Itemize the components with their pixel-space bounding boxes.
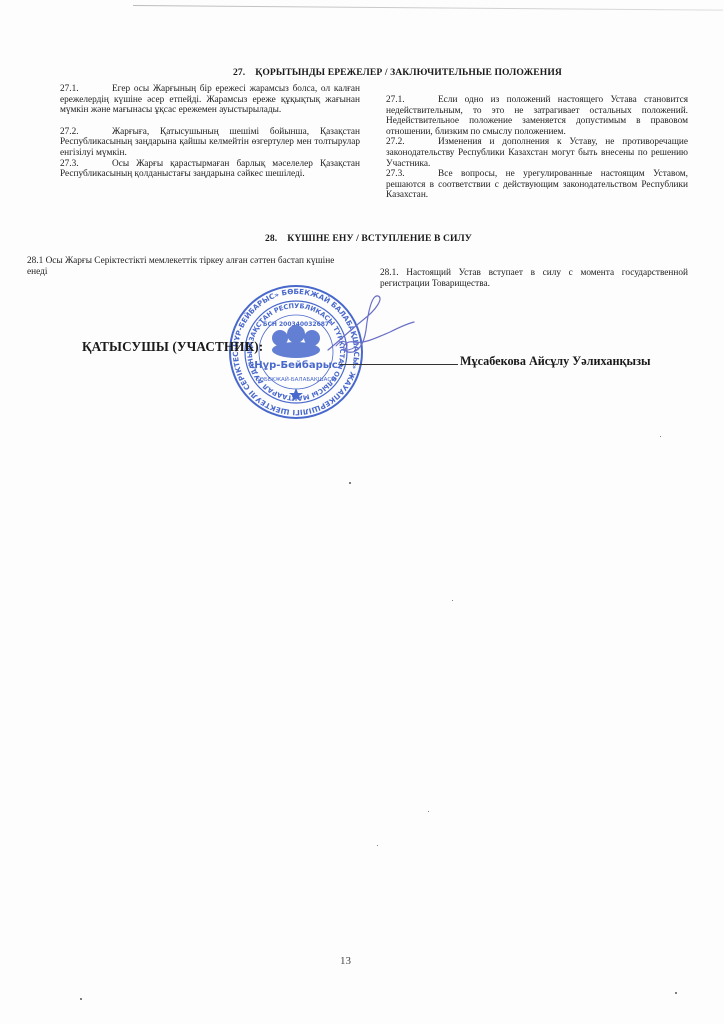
section-28-number: 28. [265, 233, 277, 244]
section-28-heading: 28.КҮШІНЕ ЕНУ / ВСТУПЛЕНИЕ В СИЛУ [265, 233, 472, 244]
handwritten-signature-icon [318, 292, 418, 362]
section-27-heading: 27.ҚОРЫТЫНДЫ ЕРЕЖЕЛЕР / ЗАКЛЮЧИТЕЛЬНЫЕ П… [233, 67, 562, 78]
section-28-title: КҮШІНЕ ЕНУ / ВСТУПЛЕНИЕ В СИЛУ [287, 233, 472, 244]
clause-27-3-kz: 27.3.Осы Жарғы қарастырмаған барлық мәсе… [60, 159, 360, 180]
section-27-russian-column: 27.1.Если одно из положений настоящего У… [386, 95, 688, 201]
page-number: 13 [340, 955, 351, 967]
scan-speck [80, 998, 82, 1000]
participant-label: ҚАТЫСУШЫ (УЧАСТНИК): [82, 339, 263, 355]
clause-27-1-ru: 27.1.Если одно из положений настоящего У… [386, 95, 688, 137]
scan-speck [377, 845, 378, 846]
section-27-title: ҚОРЫТЫНДЫ ЕРЕЖЕЛЕР / ЗАКЛЮЧИТЕЛЬНЫЕ ПОЛО… [255, 67, 562, 78]
clause-28-1-ru: 28.1. Настоящий Устав вступает в силу с … [380, 268, 688, 289]
clause-27-3-ru: 27.3.Все вопросы, не урегулированные нас… [386, 169, 688, 201]
signer-name: Мұсабекова Айсұлу Уәлиханқызы [460, 354, 650, 369]
scan-speck [428, 811, 429, 812]
signature-line [340, 364, 458, 365]
scan-speck [675, 992, 677, 994]
svg-text:БӨБЕКЖАЙ-БАЛАБАҚШАСЫ: БӨБЕКЖАЙ-БАЛАБАҚШАСЫ [256, 376, 336, 383]
scan-speck [349, 482, 351, 484]
section-27-kazakh-column: 27.1.Егер осы Жарғының бір ережесі жарам… [60, 84, 360, 180]
scan-edge-line [133, 5, 723, 11]
clause-27-2-ru: 27.2.Изменения и дополнения к Уставу, не… [386, 137, 688, 169]
clause-27-2-kz: 27.2.Жарғыға, Қатысушының шешімі бойынша… [60, 127, 360, 159]
scan-speck [452, 600, 453, 601]
scan-speck [660, 436, 661, 437]
clause-27-1-kz: 27.1.Егер осы Жарғының бір ережесі жарам… [60, 84, 360, 116]
clause-28-1-kz: 28.1 Осы Жарғы Серіктестікті мемлекеттік… [27, 256, 349, 277]
section-27-number: 27. [233, 67, 245, 78]
